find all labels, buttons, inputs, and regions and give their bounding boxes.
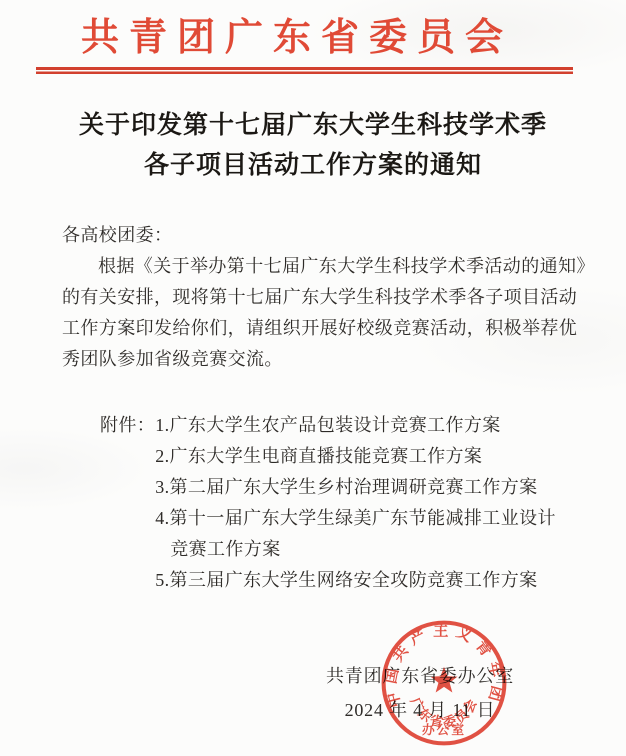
- document-title-line1: 关于印发第十七届广东大学生科技学术季: [40, 106, 586, 146]
- letterhead-divider-rule: [36, 67, 573, 74]
- official-seal: 中国共产主义青年团 广东省委员会 办公室: [377, 616, 511, 750]
- attachment-list: 附件： 1.广东大学生农产品包装设计竞赛工作方案 2.广东大学生电商直播技能竞赛…: [100, 410, 556, 596]
- document-page: 共青团广东省委员会 关于印发第十七届广东大学生科技学术季 各子项目活动工作方案的…: [0, 0, 626, 756]
- attachment-item: 2.广东大学生电商直播技能竞赛工作方案: [155, 441, 556, 472]
- body-line: 秀团队参加省级竞赛交流。: [62, 344, 574, 375]
- attachment-item: 4.第十一届广东大学生绿美广东节能减排工业设计: [155, 503, 556, 534]
- letterhead-org-name: 共青团广东省委员会: [0, 14, 584, 62]
- attachment-item: 3.第二届广东大学生乡村治理调研竞赛工作方案: [155, 472, 556, 503]
- document-title: 关于印发第十七届广东大学生科技学术季 各子项目活动工作方案的通知: [40, 106, 586, 186]
- body-line: 根据《关于举办第十七届广东大学生科技学术季活动的通知》: [62, 251, 574, 282]
- salutation: 各高校团委：: [62, 220, 574, 251]
- document-title-line2: 各子项目活动工作方案的通知: [40, 146, 586, 186]
- attachment-item: 5.第三届广东大学生网络安全攻防竞赛工作方案: [155, 565, 556, 596]
- attachment-item: 1.广东大学生农产品包装设计竞赛工作方案: [155, 410, 556, 441]
- body-line: 的有关安排，现将第十七届广东大学生科技学术季各子项目活动: [62, 282, 574, 313]
- body-line: 工作方案印发给你们，请组织开展好校级竞赛活动，积极举荐优: [62, 313, 574, 344]
- seal-ring-text: 中国共产主义青年团: [381, 621, 506, 709]
- seal-star-icon: [430, 667, 457, 693]
- attachment-items: 1.广东大学生农产品包装设计竞赛工作方案 2.广东大学生电商直播技能竞赛工作方案…: [155, 410, 556, 596]
- attachment-label: 附件：: [100, 410, 155, 441]
- attachment-item-continuation: 竞赛工作方案: [155, 534, 556, 565]
- document-body: 各高校团委： 根据《关于举办第十七届广东大学生科技学术季活动的通知》 的有关安排…: [62, 220, 574, 375]
- seal-bottom-text: 办公室: [422, 722, 466, 737]
